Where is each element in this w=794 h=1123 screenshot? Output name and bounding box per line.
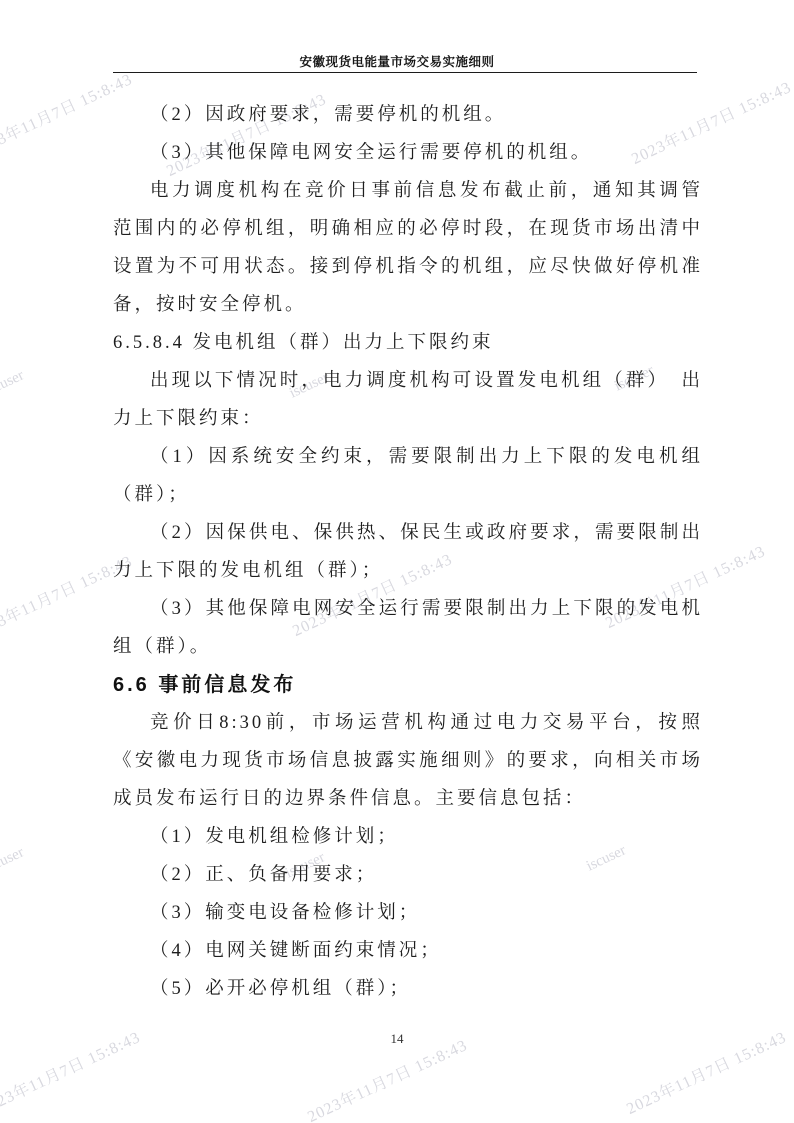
doc-paragraph: （1）因系统安全约束，需要限制出力上下限的发电机组（群）； — [113, 438, 703, 514]
doc-list-item: （5）必开必停机组（群）； — [113, 970, 703, 1008]
doc-list-item: （2）因政府要求，需要停机的机组。 — [113, 96, 703, 134]
doc-paragraph: 电力调度机构在竞价日事前信息发布截止前，通知其调管范围内的必停机组，明确相应的必… — [113, 172, 703, 324]
username-watermark: iscuser — [0, 844, 27, 877]
document-body: （2）因政府要求，需要停机的机组。 （3）其他保障电网安全运行需要停机的机组。 … — [113, 96, 703, 1008]
doc-list-item: （2）正、负备用要求； — [113, 856, 703, 894]
page-number: 14 — [0, 1031, 794, 1047]
doc-heading-bold: 6.6 事前信息发布 — [113, 666, 703, 704]
doc-list-item: （3）输变电设备检修计划； — [113, 894, 703, 932]
doc-paragraph: 出现以下情况时，电力调度机构可设置发电机组（群） 出力上下限约束： — [113, 362, 703, 438]
doc-paragraph: （2）因保供电、保供热、保民生或政府要求，需要限制出力上下限的发电机组（群）； — [113, 514, 703, 590]
page-header-title: 安徽现货电能量市场交易实施细则 — [0, 52, 794, 70]
doc-paragraph: 竞价日8:30前，市场运营机构通过电力交易平台，按照《安徽电力现货市场信息披露实… — [113, 704, 703, 818]
doc-list-item: （4）电网关键断面约束情况； — [113, 932, 703, 970]
doc-heading-numbered: 6.5.8.4 发电机组（群）出力上下限约束 — [113, 324, 703, 362]
doc-list-item: （1）发电机组检修计划； — [113, 818, 703, 856]
doc-paragraph: （3）其他保障电网安全运行需要限制出力上下限的发电机组（群）。 — [113, 590, 703, 666]
doc-list-item: （3）其他保障电网安全运行需要停机的机组。 — [113, 134, 703, 172]
header-rule — [113, 72, 697, 73]
username-watermark: iscuser — [0, 367, 27, 400]
document-page: 2023年11月7日 15:8:432023年11月7日 15:8:432023… — [0, 0, 794, 1123]
